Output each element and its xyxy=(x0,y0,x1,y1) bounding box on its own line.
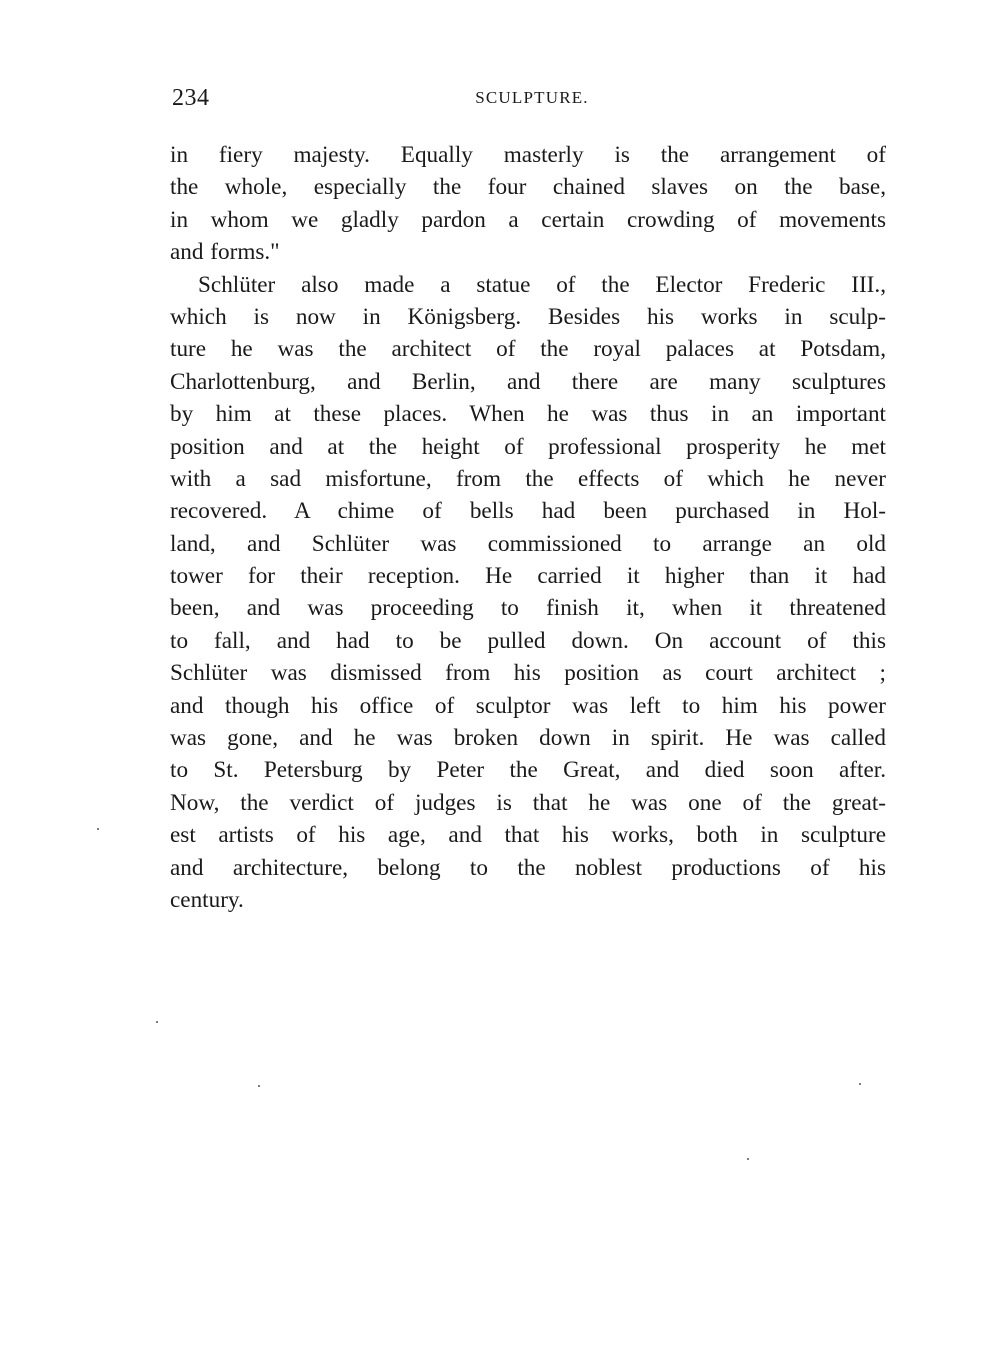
text-line: and architecture, belong to the noblest … xyxy=(170,852,886,884)
text-line: and though his office of sculptor was le… xyxy=(170,690,886,722)
text-line: Now, the verdict of judges is that he wa… xyxy=(170,787,886,819)
text-line: which is now in Königsberg. Besides his … xyxy=(170,301,886,333)
scan-speck xyxy=(156,1021,158,1023)
text-line: Schlüter was dismissed from his position… xyxy=(170,657,886,689)
running-head: 234 SCULPTURE. xyxy=(170,84,886,112)
body-text: in fiery majesty. Equally masterly is th… xyxy=(170,139,886,916)
book-page: 234 SCULPTURE. in fiery majesty. Equally… xyxy=(0,0,1000,1365)
paragraph-continuation: in fiery majesty. Equally masterly is th… xyxy=(170,139,886,269)
text-line: position and at the height of profession… xyxy=(170,431,886,463)
text-line: recovered. A chime of bells had been pur… xyxy=(170,495,886,527)
text-line: to St. Petersburg by Peter the Great, an… xyxy=(170,754,886,786)
text-line: by him at these places. When he was thus… xyxy=(170,398,886,430)
scan-speck xyxy=(859,1083,861,1085)
text-line: was gone, and he was broken down in spir… xyxy=(170,722,886,754)
text-line: and forms." xyxy=(170,236,886,268)
text-line: with a sad misfortune, from the effects … xyxy=(170,463,886,495)
running-title: SCULPTURE. xyxy=(170,86,886,110)
text-line: the whole, especially the four chained s… xyxy=(170,171,886,203)
text-line: Charlottenburg, and Berlin, and there ar… xyxy=(170,366,886,398)
scan-speck xyxy=(258,1085,260,1087)
text-line: been, and was proceeding to finish it, w… xyxy=(170,592,886,624)
text-line: in whom we gladly pardon a certain crowd… xyxy=(170,204,886,236)
text-line: century. xyxy=(170,884,886,916)
text-line: to fall, and had to be pulled down. On a… xyxy=(170,625,886,657)
scan-speck xyxy=(97,828,99,830)
text-line: land, and Schlüter was commissioned to a… xyxy=(170,528,886,560)
text-line: ture he was the architect of the royal p… xyxy=(170,333,886,365)
text-line: Schlüter also made a statue of the Elect… xyxy=(170,269,886,301)
paragraph-schluter: Schlüter also made a statue of the Elect… xyxy=(170,269,886,917)
text-line: tower for their reception. He carried it… xyxy=(170,560,886,592)
scan-speck xyxy=(747,1158,749,1160)
text-line: in fiery majesty. Equally masterly is th… xyxy=(170,139,886,171)
text-line: est artists of his age, and that his wor… xyxy=(170,819,886,851)
